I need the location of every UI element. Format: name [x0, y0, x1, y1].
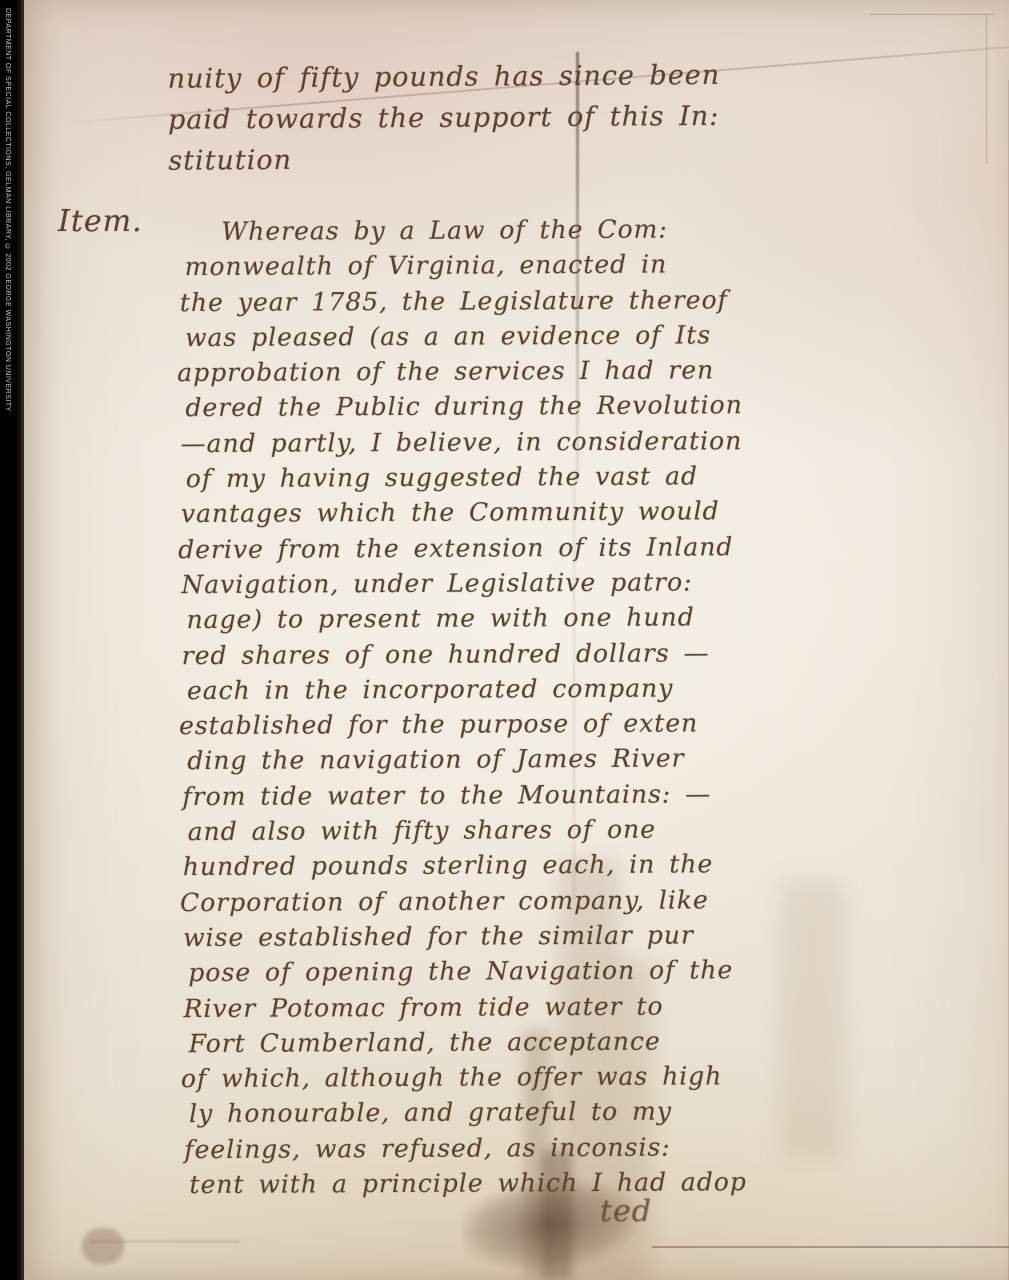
manuscript-line: ly honourable, and grateful to my: [189, 1092, 984, 1131]
bottom-left-blot: [82, 1228, 124, 1264]
corner-crease-h: [869, 14, 994, 15]
manuscript-line: tent with a principle which I had adop: [189, 1163, 984, 1202]
manuscript-line: monwealth of Virginia, enacted in: [185, 245, 980, 284]
manuscript-line: the year 1785, the Legislature thereof: [180, 281, 980, 320]
manuscript-line: nage) to present me with one hund: [186, 598, 981, 637]
manuscript-line: —and partly, I believe, in consideration: [181, 422, 981, 461]
manuscript-line: feelings, was refused, as inconsis:: [184, 1128, 984, 1167]
manuscript-line: red shares of one hundred dollars —: [182, 633, 982, 672]
manuscript-line: wise established for the similar pur: [183, 916, 983, 955]
manuscript-line: was pleased (as a an evidence of Its: [185, 316, 980, 355]
item-heading: Item.: [58, 204, 143, 239]
catchword: ted: [600, 1194, 652, 1229]
manuscript-line: Fort Cumberland, the acceptance: [189, 1022, 984, 1061]
manuscript-line: vantages which the Community would: [181, 492, 981, 531]
manuscript-line: nuity of fifty pounds has since been: [168, 53, 948, 99]
manuscript-scan: DEPARTMENT OF SPECIAL COLLECTIONS, GELMA…: [0, 0, 1009, 1280]
manuscript-line: derive from the extension of its Inland: [178, 528, 981, 568]
manuscript-line: stitution: [168, 135, 948, 181]
manuscript-line: ding the navigation of James River: [187, 739, 982, 778]
manuscript-line: approbation of the services I had ren: [177, 351, 980, 391]
manuscript-line: each in the incorporated company: [187, 669, 982, 708]
manuscript-line: River Potomac from tide water to: [183, 986, 983, 1025]
bottom-rule-line: [652, 1246, 1009, 1248]
manuscript-line: hundred pounds sterling each, in the: [183, 845, 983, 884]
body-paragraph: Whereas by a Law of the Com: monwealth o…: [179, 210, 984, 1202]
manuscript-line: established for the purpose of exten: [179, 704, 982, 744]
manuscript-line: pose of opening the Navigation of the: [188, 951, 983, 990]
manuscript-line: Whereas by a Law of the Com:: [221, 210, 979, 249]
corner-crease-v: [986, 14, 987, 164]
manuscript-line: Navigation, under Legislative patro:: [181, 563, 981, 602]
opening-paragraph: nuity of fifty pounds has since been pai…: [168, 53, 949, 181]
manuscript-line: of my having suggested the vast ad: [186, 457, 981, 496]
manuscript-line: and also with fifty shares of one: [188, 810, 983, 849]
manuscript-line: Corporation of another company, like: [180, 881, 983, 921]
manuscript-line: of which, although the offer was high: [181, 1057, 984, 1097]
manuscript-line: dered the Public during the Revolution: [185, 386, 980, 425]
archive-strip-label: DEPARTMENT OF SPECIAL COLLECTIONS, GELMA…: [4, 8, 11, 412]
archive-strip: DEPARTMENT OF SPECIAL COLLECTIONS, GELMA…: [0, 0, 24, 1280]
manuscript-line: from tide water to the Mountains: —: [182, 775, 982, 814]
manuscript-line: paid towards the support of this In:: [168, 94, 948, 140]
